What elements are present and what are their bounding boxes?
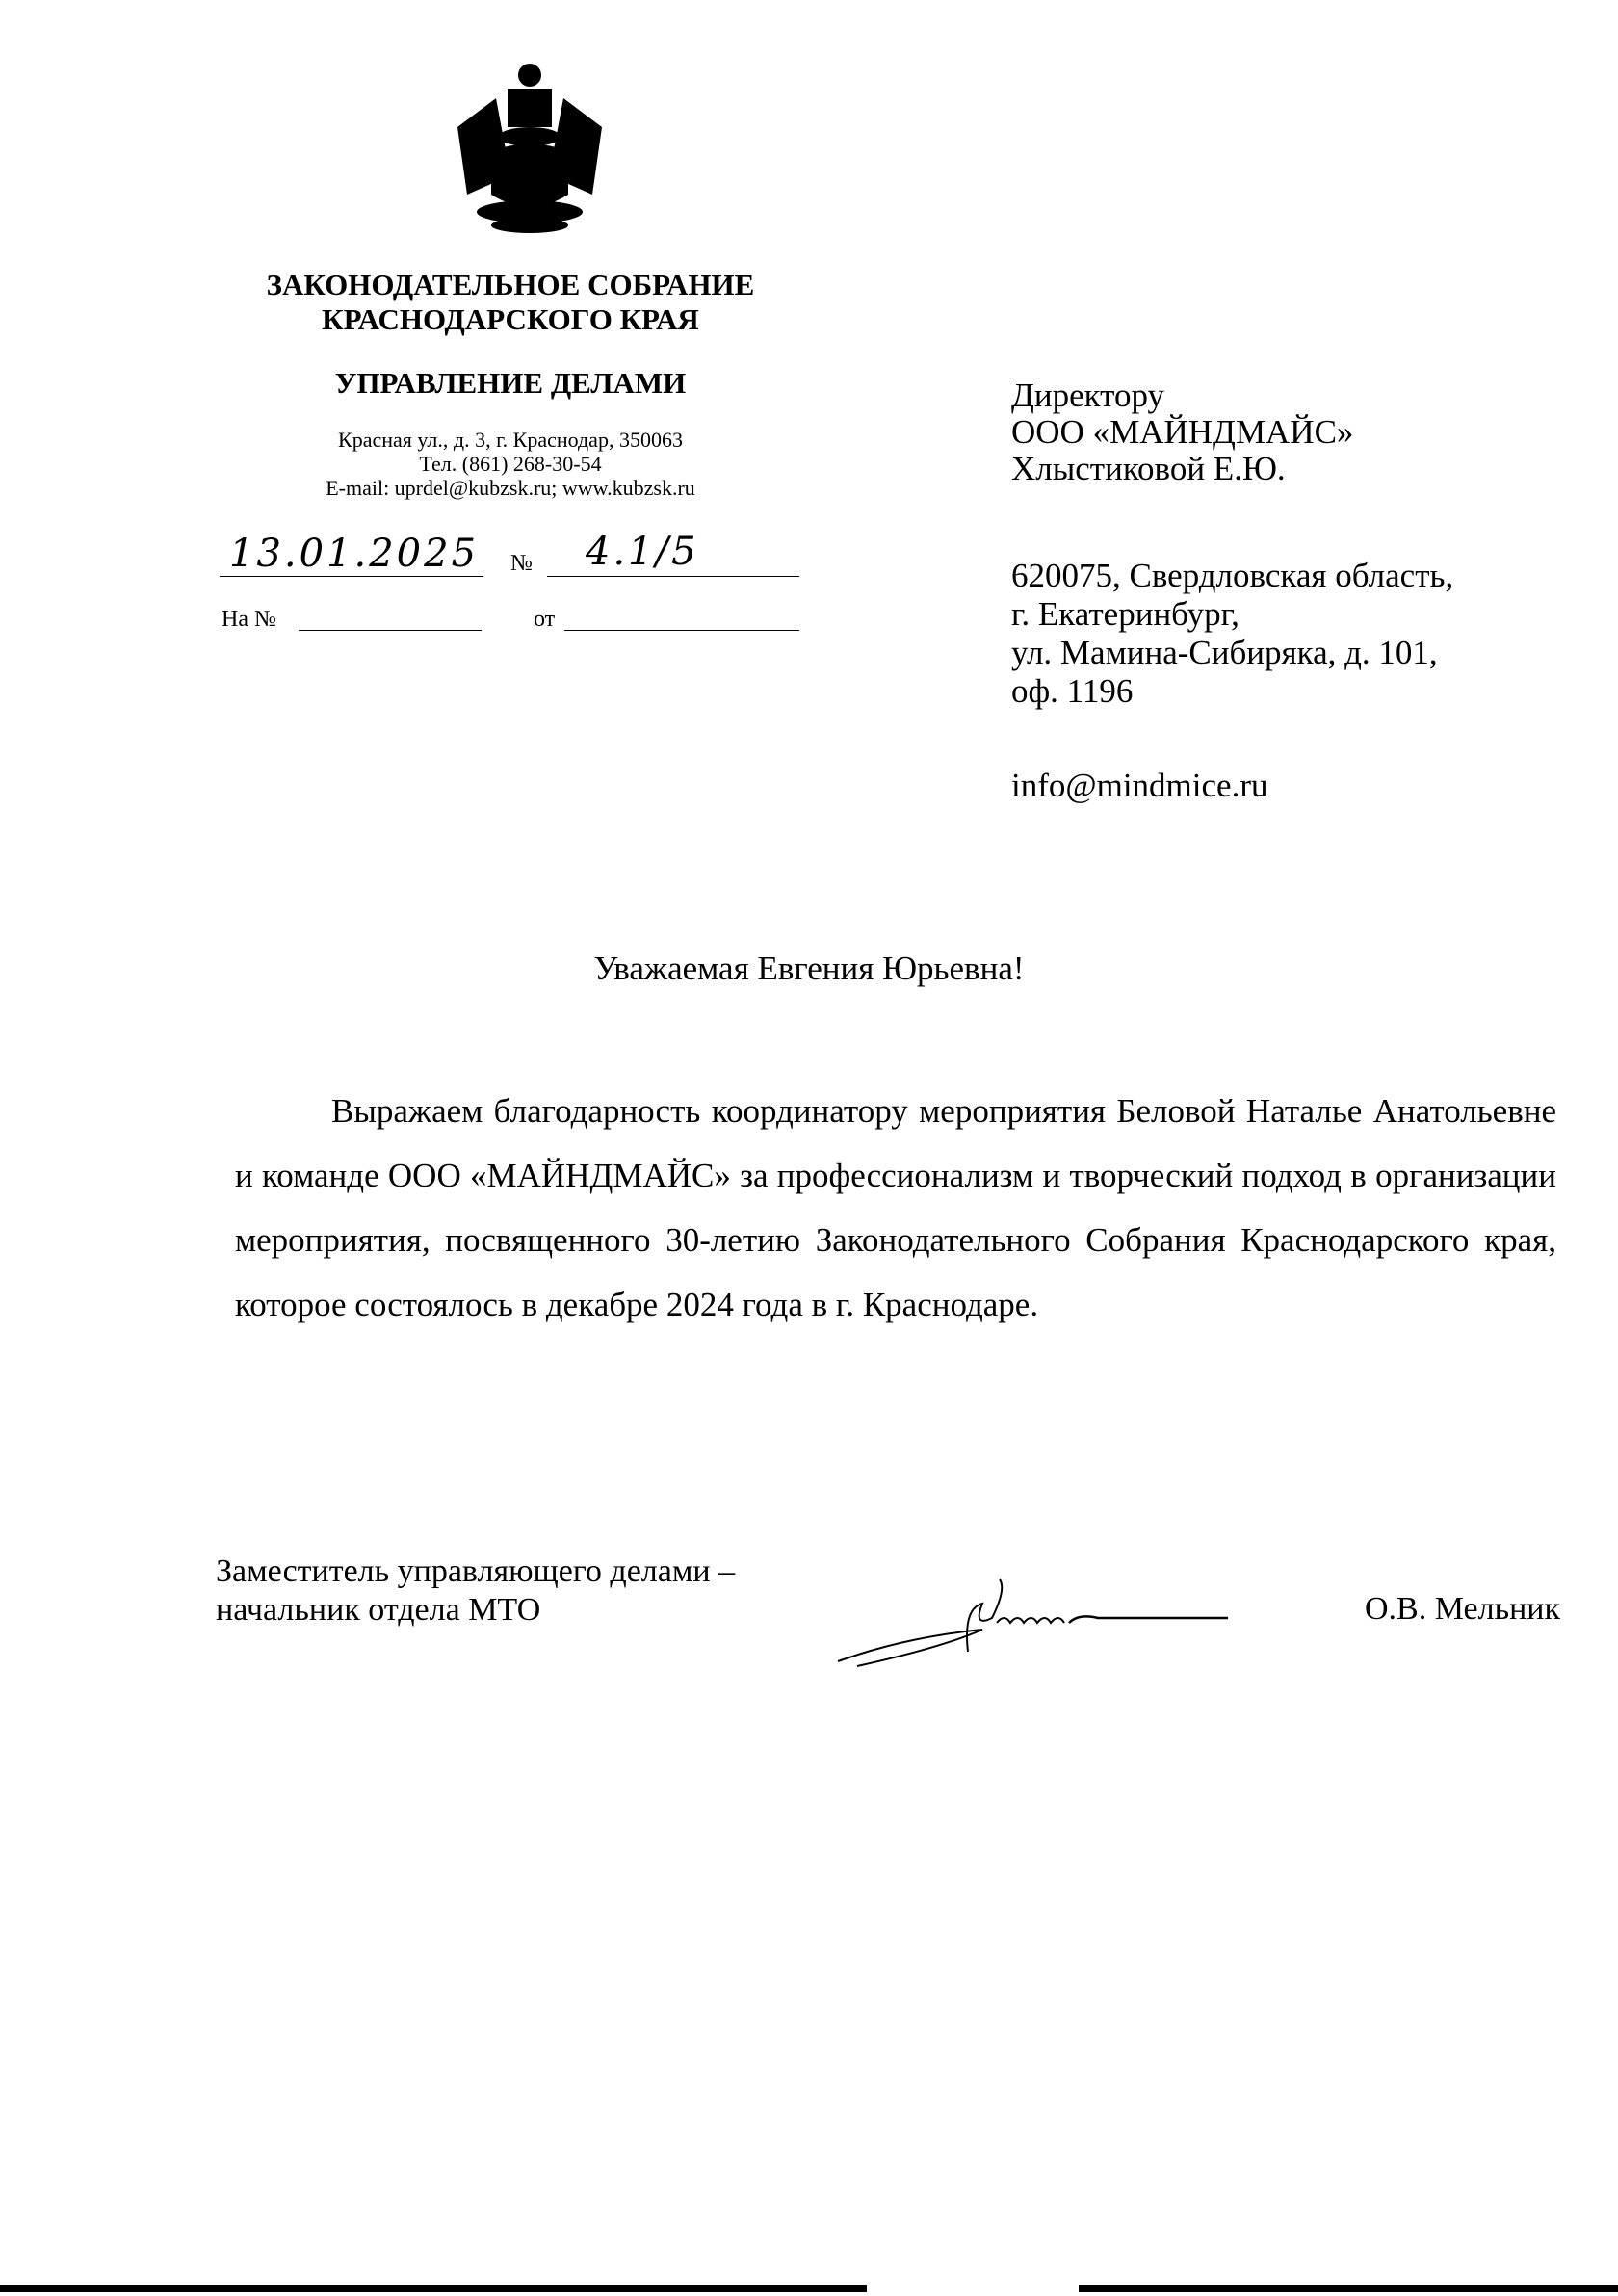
coat-of-arms-icon: [438, 60, 621, 233]
reference-field: [299, 630, 482, 631]
letter-body: Выражаем благодарность координатору меро…: [235, 1079, 1556, 1337]
registration-date: 13.01.2025: [229, 532, 479, 576]
letterhead-contacts: Красная ул., д. 3, г. Краснодар, 350063 …: [212, 428, 809, 500]
organization-name: ЗАКОНОДАТЕЛЬНОЕ СОБРАНИЕ КРАСНОДАРСКОГО …: [212, 268, 809, 337]
scan-edge-right: [1079, 2285, 1618, 2292]
greeting: Уважаемая Евгения Юрьевна!: [0, 950, 1618, 988]
recipient-email: info@mindmice.ru: [1011, 767, 1267, 805]
registration-block: 13.01.2025 № 4.1/5 На № от: [220, 528, 797, 634]
signatory-title: Заместитель управляющего делами – началь…: [216, 1552, 735, 1630]
recipient-address: 620075, Свердловская область, г. Екатери…: [1011, 557, 1453, 711]
department-name: УПРАВЛЕНИЕ ДЕЛАМИ: [212, 366, 809, 401]
from-field: [564, 630, 799, 631]
reference-label: На №: [222, 607, 276, 633]
signatory-name: О.В. Мельник: [1365, 1591, 1560, 1628]
letterhead-phone: Тел. (861) 268-30-54: [212, 452, 809, 476]
registration-number: 4.1/5: [586, 530, 699, 574]
number-label: №: [510, 551, 533, 577]
from-label: от: [534, 607, 555, 633]
recipient-block: Директору ООО «МАЙНДМАЙС» Хлыстиковой Е.…: [1011, 378, 1353, 487]
handwritten-signature-icon: [828, 1570, 1233, 1676]
letterhead-email: E-mail: uprdel@kubzsk.ru; www.kubzsk.ru: [212, 476, 809, 500]
letterhead-address: Красная ул., д. 3, г. Краснодар, 350063: [212, 428, 809, 452]
scan-edge-left: [0, 2285, 867, 2292]
